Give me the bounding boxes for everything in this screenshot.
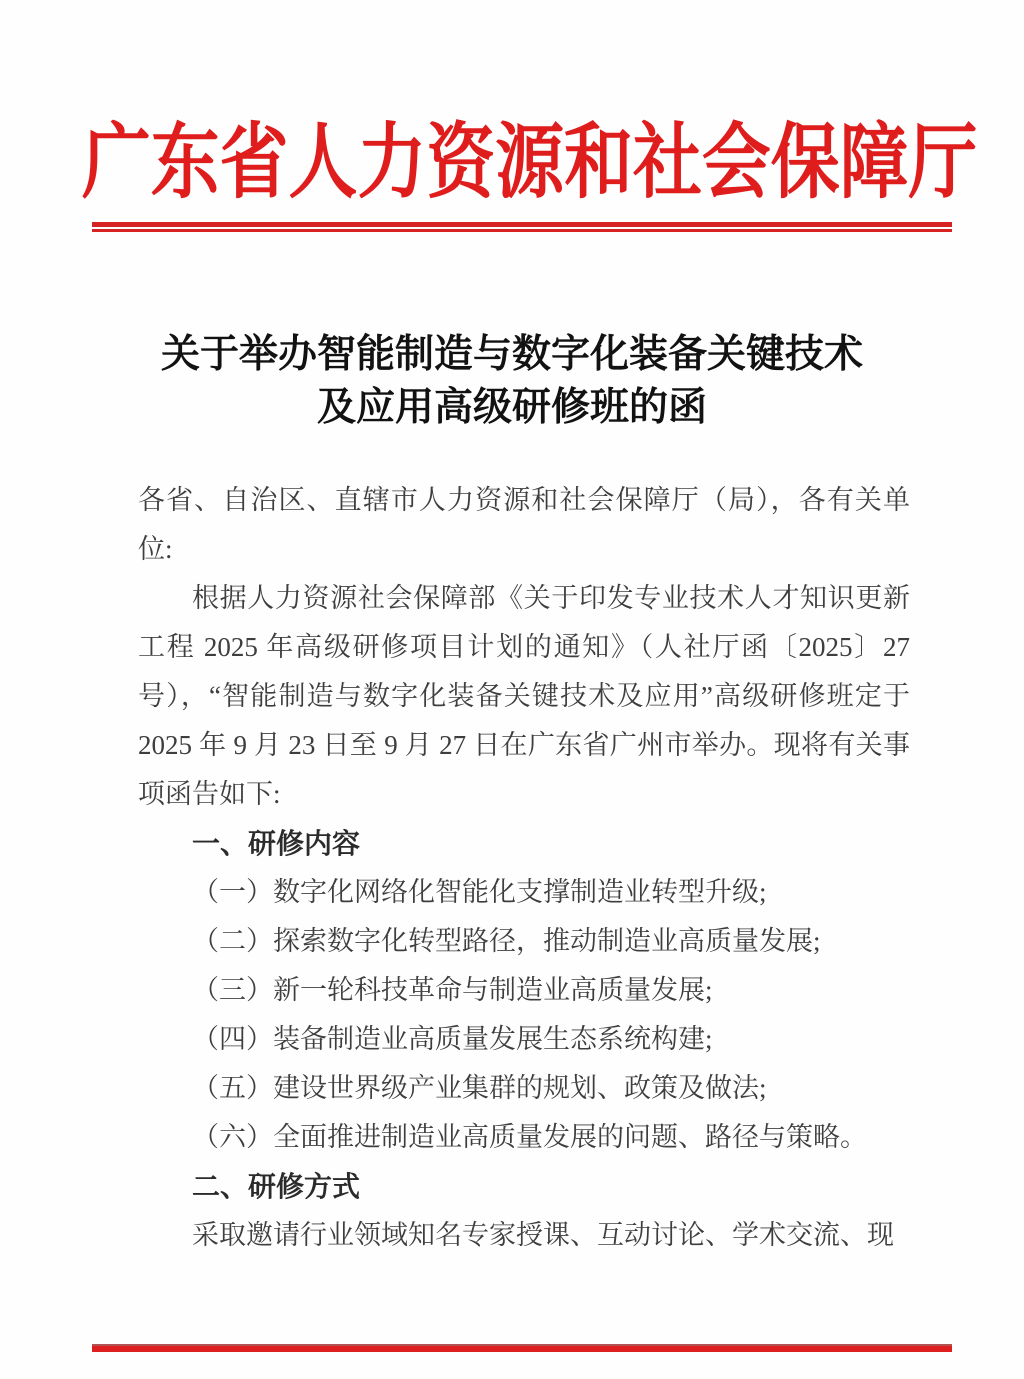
divider-line-bottom	[92, 229, 952, 232]
agenda-item-6: （六）全面推进制造业高质量发展的问题、路径与策略。	[138, 1113, 910, 1162]
agenda-item-3: （三）新一轮科技革命与制造业高质量发展;	[138, 966, 910, 1015]
agenda-item-5: （五）建设世界级产业集群的规划、政策及做法;	[138, 1064, 910, 1113]
document-title: 关于举办智能制造与数字化装备关键技术 及应用高级研修班的函	[0, 328, 1024, 434]
agenda-item-1: （一）数字化网络化智能化支撑制造业转型升级;	[138, 868, 910, 917]
document-title-line-1: 关于举办智能制造与数字化装备关键技术	[161, 333, 863, 376]
document-title-line-2: 及应用高级研修班的函	[317, 386, 707, 429]
footer-divider	[92, 1344, 952, 1352]
salutation-paragraph: 各省、自治区、直辖市人力资源和社会保障厅（局），各有关单位:	[138, 476, 910, 574]
section-2-paragraph: 采取邀请行业领域知名专家授课、互动讨论、学术交流、现	[138, 1211, 910, 1260]
letterhead-org-title: 广东省人力资源和社会保障厅	[82, 112, 942, 215]
document-page: 广东省人力资源和社会保障厅 关于举办智能制造与数字化装备关键技术 及应用高级研修…	[0, 0, 1024, 1379]
letterhead-divider	[92, 222, 952, 232]
section-1-heading: 一、研修内容	[138, 819, 910, 868]
section-2-heading: 二、研修方式	[138, 1162, 910, 1211]
divider-line-top	[92, 222, 952, 227]
document-body: 各省、自治区、直辖市人力资源和社会保障厅（局），各有关单位: 根据人力资源社会保…	[138, 476, 910, 1260]
agenda-item-4: （四）装备制造业高质量发展生态系统构建;	[138, 1015, 910, 1064]
intro-paragraph: 根据人力资源社会保障部《关于印发专业技术人才知识更新工程 2025 年高级研修项…	[138, 574, 910, 819]
agenda-item-2: （二）探索数字化转型路径，推动制造业高质量发展;	[138, 917, 910, 966]
